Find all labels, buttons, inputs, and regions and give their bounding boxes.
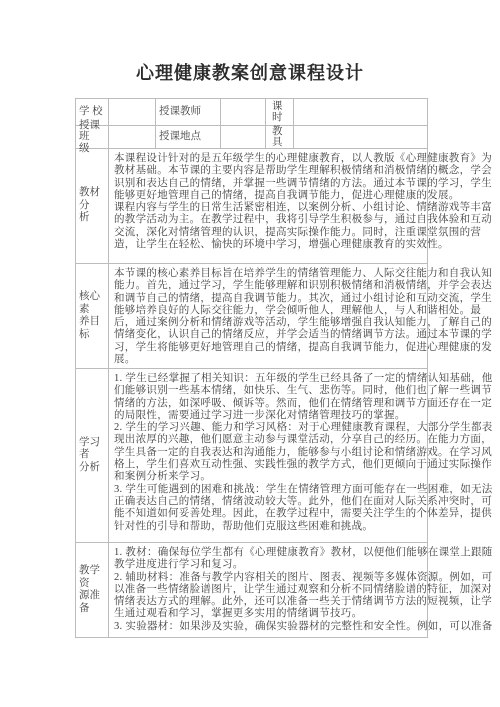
material-analysis-label: 教材分 析 — [76, 149, 109, 263]
teacher-value — [221, 99, 266, 125]
resource-prep-text: 1. 教材：确保每位学生都有《心理健康教育》教材，以便他们能够在课堂上跟随 教学… — [114, 547, 500, 633]
class-label: 授课班 级 — [76, 126, 109, 148]
table-row-learner-analysis: 学习者 分析 1. 学生已经掌握了相关知识：五年级的学生已经具备了一定的情绪认知… — [76, 369, 427, 543]
period-label: 课 时 — [266, 99, 294, 125]
core-goals-text: 本节课的核心素养目标旨在培养学生的情绪管理能力、人际交往能力和自我认知 能力。首… — [114, 268, 500, 366]
lesson-plan-table: 学 校 授课教师 课 时 授课班 级 授课地点 教 具 教材分 析 本课程设计针… — [75, 98, 428, 638]
learner-analysis-label: 学习者 分析 — [76, 369, 109, 542]
table-row-resource-prep: 教学资 源准备 1. 教材：确保每位学生都有《心理健康教育》教材，以便他们能够在… — [76, 543, 427, 637]
table-row-class: 授课班 级 授课地点 教 具 — [76, 126, 427, 149]
learner-analysis-text: 1. 学生已经掌握了相关知识：五年级的学生已经具备了一定的情绪认知基础，他 们能… — [114, 373, 500, 533]
resource-prep-cell: 1. 教材：确保每位学生都有《心理健康教育》教材，以便他们能够在课堂上跟随 教学… — [109, 543, 427, 637]
teacher-label: 授课教师 — [156, 99, 221, 125]
page-title: 心理健康教案创意课程设计 — [0, 59, 500, 85]
aids-label: 教 具 — [266, 126, 294, 148]
table-row-material-analysis: 教材分 析 本课程设计针对的是五年级学生的心理健康教育，以人教版《心理健康教育》… — [76, 149, 427, 264]
core-goals-label: 核心素 养目标 — [76, 264, 109, 368]
table-row-core-goals: 核心素 养目标 本节课的核心素养目标旨在培养学生的情绪管理能力、人际交往能力和自… — [76, 264, 427, 369]
period-value — [294, 99, 427, 125]
document-page: 心理健康教案创意课程设计 学 校 授课教师 课 时 授课班 级 授课地点 教 具… — [0, 0, 500, 707]
material-analysis-text: 本课程设计针对的是五年级学生的心理健康教育，以人教版《心理健康教育》为 教材基础… — [114, 153, 500, 251]
learner-analysis-cell: 1. 学生已经掌握了相关知识：五年级的学生已经具备了一定的情绪认知基础，他 们能… — [109, 369, 427, 542]
material-analysis-cell: 本课程设计针对的是五年级学生的心理健康教育，以人教版《心理健康教育》为 教材基础… — [109, 149, 427, 263]
place-value — [221, 126, 266, 148]
resource-prep-label: 教学资 源准备 — [76, 543, 109, 637]
table-row-school: 学 校 授课教师 课 时 — [76, 99, 427, 126]
class-value — [109, 126, 156, 148]
core-goals-cell: 本节课的核心素养目标旨在培养学生的情绪管理能力、人际交往能力和自我认知 能力。首… — [109, 264, 427, 368]
school-value — [109, 99, 156, 125]
aids-value — [294, 126, 427, 148]
place-label: 授课地点 — [156, 126, 221, 148]
